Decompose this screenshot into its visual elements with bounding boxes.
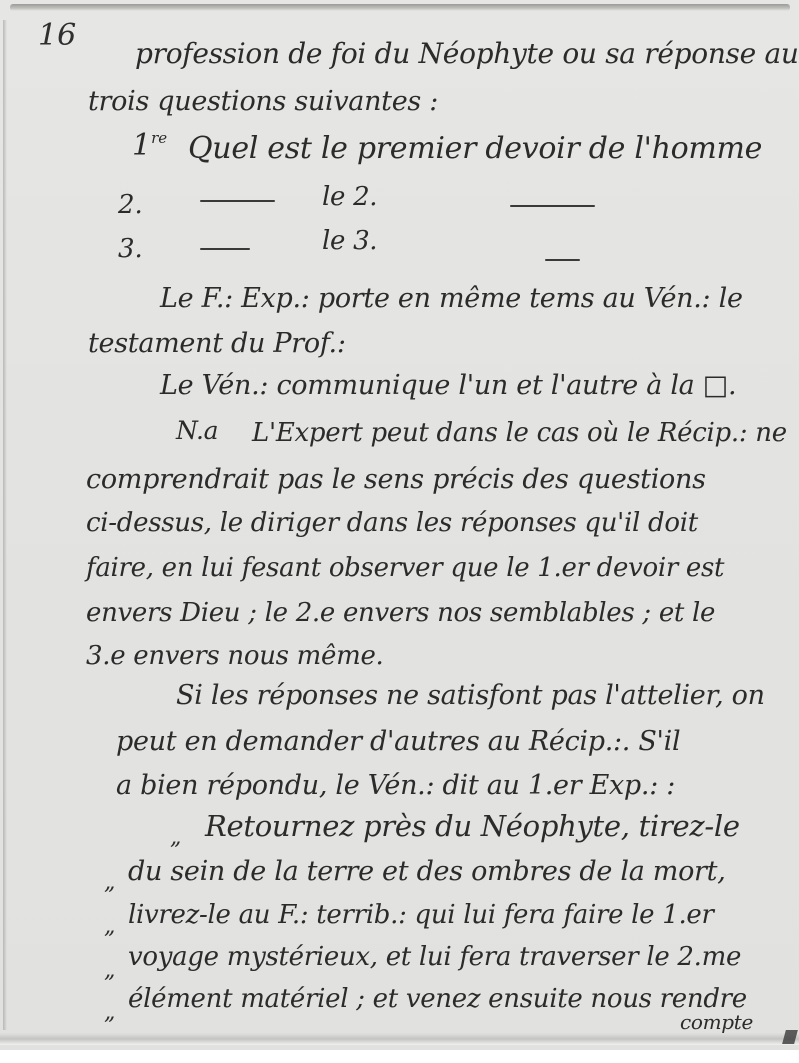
- text-line-11: ci-dessus, le diriger dans les réponses …: [86, 510, 698, 536]
- page-bottom-edge: [0, 1033, 799, 1045]
- text-line-6: Le F.: Exp.: porte en même tems au Vén.:…: [160, 285, 743, 312]
- page-number: 16: [38, 18, 76, 53]
- question-1-text: Quel est le premier devoir de l'homme: [188, 134, 762, 164]
- manuscript-page: 16 profession de foi du Néophyte ou sa r…: [0, 0, 799, 1050]
- text-line-10: comprendrait pas le sens précis des ques…: [86, 466, 706, 493]
- ditto-dash: [200, 248, 250, 250]
- text-line-1: profession de foi du Néophyte ou sa répo…: [135, 40, 799, 68]
- margin-note: N.a: [176, 418, 218, 443]
- ditto-dash: [200, 200, 275, 202]
- ditto-dash: [545, 259, 580, 261]
- text-line-21: voyage mystérieux, et lui fera traverser…: [128, 944, 741, 970]
- text-line-18: Retournez près du Néophyte, tirez-le: [205, 812, 740, 841]
- text-line-8: Le Vén.: communique l'un et l'autre à la…: [160, 372, 736, 399]
- question-3-marker: 3.: [118, 234, 143, 264]
- text-line-14: 3.e envers nous même.: [86, 643, 384, 669]
- quote-mark: „: [104, 914, 115, 939]
- ditto-dash: [510, 205, 595, 207]
- question-3-text: le 3.: [322, 228, 377, 254]
- quote-mark: „: [170, 825, 181, 850]
- text-line-17: a bien répondu, le Vén.: dit au 1.er Exp…: [116, 772, 675, 799]
- text-line-22: élément matériel ; et venez ensuite nous…: [128, 986, 747, 1012]
- text-line-16: peut en demander d'autres au Récip.:. S'…: [116, 728, 680, 755]
- question-1-marker: 1re: [132, 128, 167, 163]
- page-left-edge: [3, 20, 7, 1030]
- quote-mark: „: [104, 870, 115, 895]
- text-line-12: faire, en lui fesant observer que le 1.e…: [86, 555, 724, 581]
- quote-mark: „: [104, 1000, 115, 1025]
- catchword: compte: [680, 1012, 753, 1032]
- quote-mark: „: [104, 958, 115, 983]
- question-2-marker: 2.: [118, 190, 143, 220]
- page-top-edge: [10, 4, 790, 11]
- text-line-19: du sein de la terre et des ombres de la …: [128, 858, 726, 885]
- question-2-text: le 2.: [322, 184, 377, 210]
- text-line-7: testament du Prof.:: [88, 330, 346, 357]
- text-line-2: trois questions suivantes :: [88, 88, 438, 115]
- text-line-20: livrez-le au F.: terrib.: qui lui fera f…: [128, 902, 714, 928]
- text-line-13: envers Dieu ; le 2.e envers nos semblabl…: [86, 600, 715, 626]
- text-line-15: Si les réponses ne satisfont pas l'attel…: [176, 682, 765, 709]
- text-line-9: L'Expert peut dans le cas où le Récip.: …: [252, 420, 787, 446]
